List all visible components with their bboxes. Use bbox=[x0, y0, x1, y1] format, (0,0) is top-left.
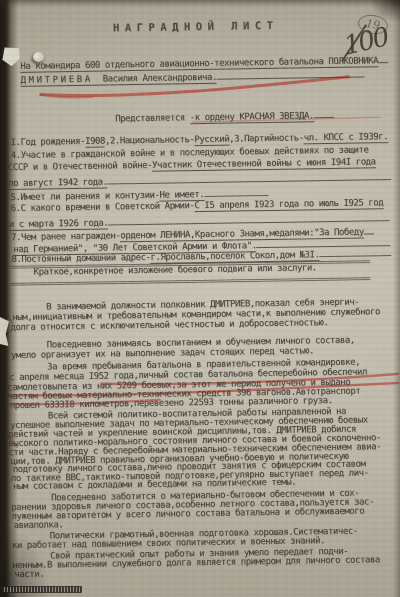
text-segment: ,2.Национальность- bbox=[105, 135, 195, 146]
page-right-edge bbox=[393, 0, 400, 597]
red-underline-name-tail bbox=[41, 94, 93, 98]
ruled-line bbox=[314, 108, 334, 118]
text-segment: С I5 апреля I923 года по июль I925 год bbox=[194, 198, 383, 212]
page-top-edge bbox=[0, 0, 400, 7]
text-segment: Русский bbox=[194, 135, 229, 147]
text-segment: Не имеет. bbox=[159, 190, 204, 202]
award-sheet-page: НАГРАДНОЙ ЛИСТНа командира 600 отдельног… bbox=[0, 0, 400, 597]
typed-content-layer: НАГРАДНОЙ ЛИСТНа командира 600 отдельног… bbox=[0, 0, 400, 597]
document-title: НАГРАДНОЙ ЛИСТ bbox=[0, 19, 396, 35]
ruled-line bbox=[217, 67, 365, 79]
ruled-line bbox=[204, 186, 268, 197]
ruled-line bbox=[107, 170, 391, 184]
paper-fastener bbox=[33, 52, 44, 62]
text-segment: чл. КПСС с I939г. bbox=[304, 132, 389, 144]
text-segment: ,3.Партийность- bbox=[229, 133, 304, 144]
ruled-line bbox=[364, 224, 374, 234]
ruled-line bbox=[319, 246, 391, 257]
text-segment: СССР и в Отечественной войне- bbox=[8, 161, 152, 173]
text-segment: 6.С какого времени в Советской Армии- bbox=[11, 201, 195, 214]
text-segment: Василия Александровича. bbox=[93, 73, 217, 86]
text-segment: Представляется bbox=[115, 113, 190, 124]
text-segment: -к ордену КРАСНАЯ ЗВЕЗДА. bbox=[190, 111, 314, 124]
archive-watermark bbox=[2, 586, 82, 593]
book-binding-shadow bbox=[0, 0, 18, 597]
ruled-line bbox=[378, 53, 388, 63]
text-segment: Участник Отечественной войны с июня I94I… bbox=[152, 157, 376, 172]
text-segment: ДМИТРИЕВА bbox=[20, 75, 92, 87]
text-segment: I908 bbox=[85, 137, 105, 148]
award-line: Представляется -к ордену КРАСНАЯ ЗВЕЗДА. bbox=[115, 108, 334, 125]
ruled-line bbox=[108, 211, 390, 225]
text-segment: I.Год рождения- bbox=[10, 137, 85, 148]
text-segment: НАГРАДНОЙ ЛИСТ bbox=[113, 21, 279, 34]
